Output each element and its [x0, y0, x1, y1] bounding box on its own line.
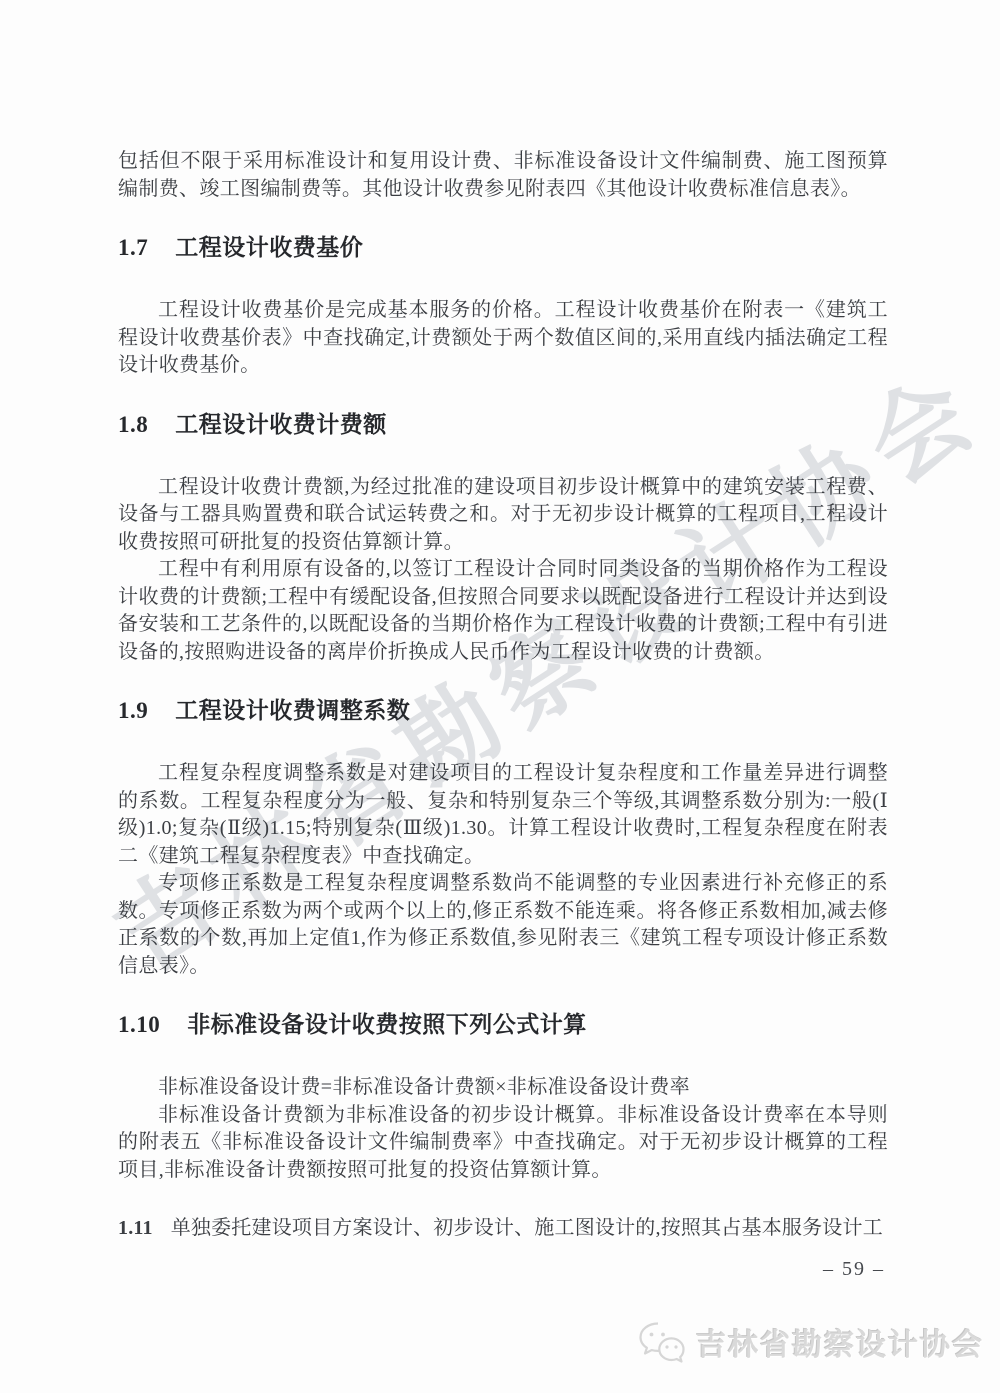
paragraph: 非标准设备计费额为非标准设备的初步设计概算。非标准设备设计费率在本导则的附表五《… — [118, 1102, 888, 1185]
page-number: – 59 – — [823, 1258, 885, 1281]
section-number: 1.9 — [118, 697, 148, 725]
section-heading-1-8: 1.8 工程设计收费计费额 — [118, 411, 888, 439]
document-page: 吉林省勘察设计协会 包括但不限于采用标准设计和复用设计费、非标准设备设计文件编制… — [0, 0, 1000, 1393]
item-text: 单独委托建设项目方案设计、初步设计、施工图设计的,按照其占基本服务设计工 — [171, 1217, 883, 1239]
paragraph: 工程设计收费基价是完成基本服务的价格。工程设计收费基价在附表一《建筑工程设计收费… — [118, 297, 888, 380]
formula-line: 非标准设备设计费=非标准设备计费额×非标准设备设计费率 — [118, 1074, 888, 1102]
section-number: 1.10 — [118, 1011, 160, 1039]
numbered-item-1-11: 1.11单独委托建设项目方案设计、初步设计、施工图设计的,按照其占基本服务设计工 — [118, 1215, 888, 1243]
section-title: 工程设计收费基价 — [175, 234, 363, 262]
page-content: 包括但不限于采用标准设计和复用设计费、非标准设备设计文件编制费、施工图预算编制费… — [118, 148, 888, 1243]
wechat-icon — [637, 1321, 687, 1363]
section-number: 1.7 — [118, 234, 148, 262]
section-number: 1.8 — [118, 411, 148, 439]
paragraph: 工程中有利用原有设备的,以签订工程设计合同时同类设备的当期价格作为工程设计收费的… — [118, 556, 888, 666]
footer-brand: 吉林省勘察设计协会 — [637, 1320, 984, 1364]
section-title: 工程设计收费调整系数 — [175, 697, 410, 725]
footer-brand-text: 吉林省勘察设计协会 — [696, 1320, 984, 1364]
section-heading-1-10: 1.10 非标准设备设计收费按照下列公式计算 — [118, 1011, 888, 1039]
paragraph: 工程设计收费计费额,为经过批准的建设项目初步设计概算中的建筑安装工程费、设备与工… — [118, 474, 888, 557]
paragraph: 专项修正系数是工程复杂程度调整系数尚不能调整的专业因素进行补充修正的系数。专项修… — [118, 870, 888, 980]
section-title: 非标准设备设计收费按照下列公式计算 — [187, 1011, 587, 1039]
item-number: 1.11 — [118, 1217, 153, 1239]
section-heading-1-9: 1.9 工程设计收费调整系数 — [118, 697, 888, 725]
paragraph-continued: 包括但不限于采用标准设计和复用设计费、非标准设备设计文件编制费、施工图预算编制费… — [118, 148, 888, 203]
section-title: 工程设计收费计费额 — [175, 411, 387, 439]
section-heading-1-7: 1.7 工程设计收费基价 — [118, 234, 888, 262]
paragraph: 工程复杂程度调整系数是对建设项目的工程设计复杂程度和工作量差异进行调整的系数。工… — [118, 760, 888, 870]
